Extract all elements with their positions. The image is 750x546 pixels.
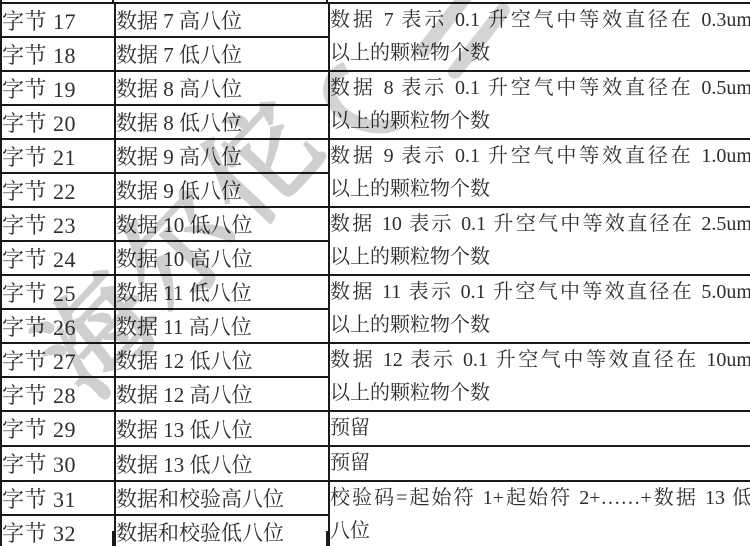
bits-cell: 数据 13 低八位: [115, 446, 329, 481]
byte-cell: 字节 27: [1, 343, 115, 377]
note-line: 以上的颗粒物个数: [330, 309, 750, 342]
table-row: 字节 29 数据 13 低八位 预留: [1, 411, 750, 446]
byte-cell: 字节 26: [1, 309, 115, 343]
table-row: 字节 31 数据和校验高八位 校验码=起始符 1+起始符 2+……+数据 13 …: [1, 481, 750, 515]
bits-cell: 数据 12 低八位: [115, 343, 329, 377]
byte-cell: 字节 19: [1, 71, 115, 105]
note-line: 数据 10 表示 0.1 升空气中等效直径在 2.5um: [330, 208, 750, 241]
table-border-stub: [112, 531, 114, 546]
table-row: 字节 27 数据 12 低八位 数据 12 表示 0.1 升空气中等效直径在 1…: [1, 343, 750, 377]
table-row: 字节 25 数据 11 低八位 数据 11 表示 0.1 升空气中等效直径在 5…: [1, 275, 750, 309]
note-cell: 数据 7 表示 0.1 升空气中等效直径在 0.3um 以上的颗粒物个数: [329, 3, 750, 71]
note-cell: 数据 11 表示 0.1 升空气中等效直径在 5.0um 以上的颗粒物个数: [329, 275, 750, 343]
note-line: 以上的颗粒物个数: [330, 37, 750, 70]
note-cell: 数据 12 表示 0.1 升空气中等效直径在 10um 以上的颗粒物个数: [329, 343, 750, 411]
table-border-stub: [112, 0, 114, 4]
byte-cell: 字节 22: [1, 173, 115, 207]
note-line: 以上的颗粒物个数: [330, 105, 750, 138]
note-line: 数据 12 表示 0.1 升空气中等效直径在 10um: [330, 344, 750, 377]
byte-cell: 字节 23: [1, 207, 115, 241]
note-cell: 预留: [329, 446, 750, 481]
table-border-stub: [0, 531, 2, 546]
bits-cell: 数据 7 高八位: [115, 3, 329, 37]
bits-cell: 数据 10 低八位: [115, 207, 329, 241]
table-row: 字节 21 数据 9 高八位 数据 9 表示 0.1 升空气中等效直径在 1.0…: [1, 139, 750, 173]
byte-cell: 字节 18: [1, 37, 115, 71]
table-row: 字节 23 数据 10 低八位 数据 10 表示 0.1 升空气中等效直径在 2…: [1, 207, 750, 241]
bits-cell: 数据 8 高八位: [115, 71, 329, 105]
document-page: 字节 17 数据 7 高八位 数据 7 表示 0.1 升空气中等效直径在 0.3…: [0, 0, 750, 546]
note-line: 数据 7 表示 0.1 升空气中等效直径在 0.3um: [330, 4, 750, 37]
note-line: 校验码=起始符 1+起始符 2+……+数据 13 低: [330, 482, 750, 515]
byte-cell: 字节 20: [1, 105, 115, 139]
note-cell: 预留: [329, 411, 750, 446]
bits-cell: 数据 10 高八位: [115, 241, 329, 275]
note-cell: 校验码=起始符 1+起始符 2+……+数据 13 低 八位: [329, 481, 750, 546]
note-cell: 数据 9 表示 0.1 升空气中等效直径在 1.0um 以上的颗粒物个数: [329, 139, 750, 207]
note-line: 以上的颗粒物个数: [330, 377, 750, 410]
table-row: 字节 30 数据 13 低八位 预留: [1, 446, 750, 481]
byte-cell: 字节 21: [1, 139, 115, 173]
table-border-stub: [326, 531, 328, 546]
byte-cell: 字节 31: [1, 481, 115, 515]
note-cell: 数据 8 表示 0.1 升空气中等效直径在 0.5um 以上的颗粒物个数: [329, 71, 750, 139]
byte-cell: 字节 25: [1, 275, 115, 309]
byte-cell: 字节 28: [1, 377, 115, 411]
table-row: 字节 17 数据 7 高八位 数据 7 表示 0.1 升空气中等效直径在 0.3…: [1, 3, 750, 37]
byte-definition-table: 字节 17 数据 7 高八位 数据 7 表示 0.1 升空气中等效直径在 0.3…: [0, 2, 750, 546]
bits-cell: 数据 7 低八位: [115, 37, 329, 71]
byte-cell: 字节 30: [1, 446, 115, 481]
bits-cell: 数据 9 高八位: [115, 139, 329, 173]
note-line: 预留: [330, 447, 750, 480]
byte-cell: 字节 17: [1, 3, 115, 37]
note-line: 八位: [330, 515, 750, 546]
note-line: 数据 9 表示 0.1 升空气中等效直径在 1.0um: [330, 140, 750, 173]
bits-cell: 数据 11 低八位: [115, 275, 329, 309]
byte-cell: 字节 29: [1, 411, 115, 446]
bits-cell: 数据 12 高八位: [115, 377, 329, 411]
bits-cell: 数据 8 低八位: [115, 105, 329, 139]
bits-cell: 数据 13 低八位: [115, 411, 329, 446]
note-line: 预留: [330, 412, 750, 445]
byte-cell: 字节 24: [1, 241, 115, 275]
note-cell: 数据 10 表示 0.1 升空气中等效直径在 2.5um 以上的颗粒物个数: [329, 207, 750, 275]
table-border-stub: [0, 0, 2, 4]
note-line: 以上的颗粒物个数: [330, 241, 750, 274]
bits-cell: 数据和校验低八位: [115, 515, 329, 546]
note-line: 以上的颗粒物个数: [330, 173, 750, 206]
note-line: 数据 8 表示 0.1 升空气中等效直径在 0.5um: [330, 72, 750, 105]
bits-cell: 数据 9 低八位: [115, 173, 329, 207]
table-row: 字节 19 数据 8 高八位 数据 8 表示 0.1 升空气中等效直径在 0.5…: [1, 71, 750, 105]
table-border-stub: [326, 0, 328, 4]
bits-cell: 数据 11 高八位: [115, 309, 329, 343]
byte-cell: 字节 32: [1, 515, 115, 546]
note-line: 数据 11 表示 0.1 升空气中等效直径在 5.0um: [330, 276, 750, 309]
bits-cell: 数据和校验高八位: [115, 481, 329, 515]
